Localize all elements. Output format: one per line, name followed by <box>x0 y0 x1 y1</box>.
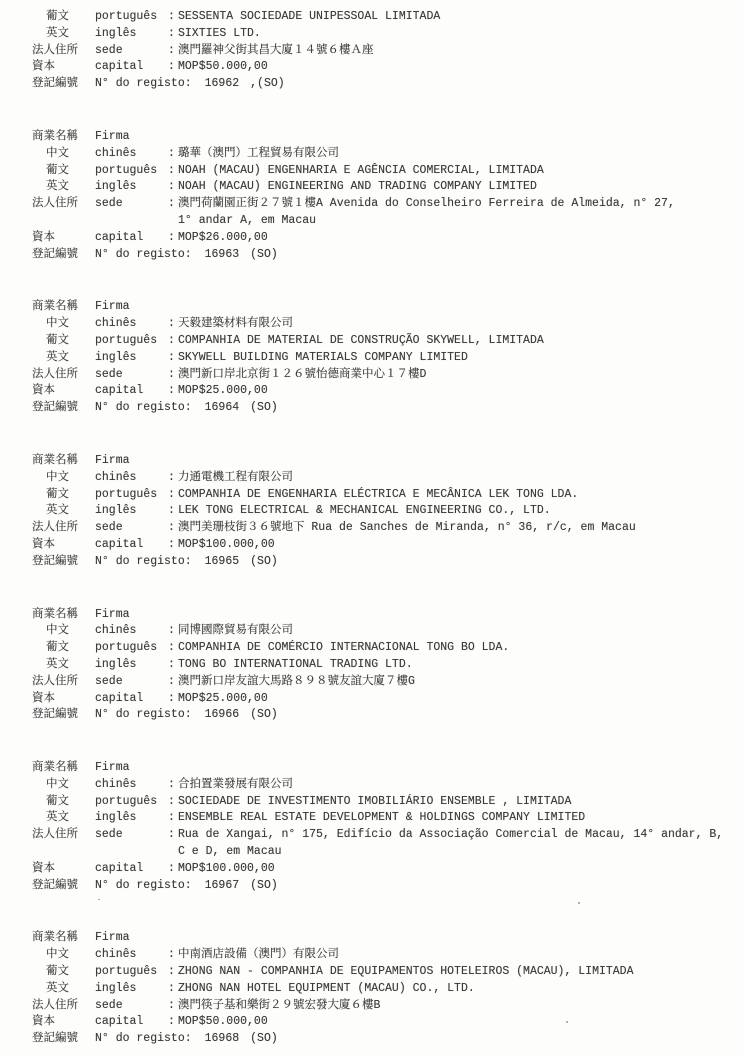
sede-address-value: 澳門美珊枝街３６號地下 Rua de Sanches de Miranda, n… <box>178 520 636 537</box>
registo-label-zh: 登記編號 <box>32 1031 95 1048</box>
registration-number-value: 16968 <box>205 1031 240 1048</box>
portuguese-label-pt: português <box>95 487 168 504</box>
sede-address-value: Rua de Xangai, n° 175, Edifício da Assoc… <box>178 827 723 844</box>
company-registration-entry: 商業名稱 Firma 中文 chinês : 中南酒店設備（澳門）有限公司 葡文… <box>32 930 737 1048</box>
chinese-name-value: 璐華（澳門）工程貿易有限公司 <box>178 146 339 163</box>
sede-continuation-row: 1° andar A, em Macau <box>32 213 737 230</box>
capital-value: MOP$50.000,00 <box>178 1014 268 1031</box>
firma-label-pt: Firma <box>95 607 168 624</box>
colon-separator: : <box>168 810 178 827</box>
registration-signature: ,(SO) <box>250 76 285 93</box>
portuguese-name-row: 葡文 português : ZHONG NAN - COMPANHIA DE … <box>32 964 737 981</box>
colon-separator: : <box>168 367 178 384</box>
firma-label-pt: Firma <box>95 129 168 146</box>
colon-separator: : <box>168 657 178 674</box>
english-label-zh: 英文 <box>32 26 95 43</box>
sede-label-zh: 法人住所 <box>32 998 95 1015</box>
english-name-value: SIXTIES LTD. <box>178 26 261 43</box>
company-registration-entry: 商業名稱 Firma 中文 chinês : 力通電機工程有限公司 葡文 por… <box>32 453 737 571</box>
company-registration-entry: 商業名稱 Firma 中文 chinês : 天毅建築材料有限公司 葡文 por… <box>32 299 737 417</box>
chinese-name-row: 中文 chinês : 合拍置業發展有限公司 <box>32 777 737 794</box>
capital-value: MOP$50.000,00 <box>178 59 268 76</box>
capital-label-pt: capital <box>95 383 168 400</box>
registration-number-row: 登記編號 N° do registo: 16966 (SO) <box>32 707 737 724</box>
sede-address-continuation: 1° andar A, em Macau <box>178 213 316 230</box>
sede-label-pt: sede <box>95 43 168 60</box>
portuguese-name-value: COMPANHIA DE COMÉRCIO INTERNACIONAL TONG… <box>178 640 509 657</box>
english-name-row: 英文 inglês : SIXTIES LTD. <box>32 26 737 43</box>
english-name-value: LEK TONG ELECTRICAL & MECHANICAL ENGINEE… <box>178 503 551 520</box>
sede-label-zh: 法人住所 <box>32 196 95 213</box>
sede-address-value: 澳門荷蘭園正街２７號１樓A Avenida do Conselheiro Fer… <box>178 196 675 213</box>
sede-address-value: 澳門新口岸北京街１２６號怡德商業中心１７樓D <box>178 367 426 384</box>
registration-number-row: 登記編號 N° do registo: 16963 (SO) <box>32 247 737 264</box>
colon-separator: : <box>168 691 178 708</box>
registration-number-row: 登記編號 N° do registo: 16967 (SO) <box>32 878 737 895</box>
english-name-value: SKYWELL BUILDING MATERIALS COMPANY LIMIT… <box>178 350 468 367</box>
colon-separator: : <box>168 640 178 657</box>
firma-label-zh: 商業名稱 <box>32 129 95 146</box>
sede-label-pt: sede <box>95 520 168 537</box>
capital-row: 資本 capital : MOP$100.000,00 <box>32 861 737 878</box>
capital-value: MOP$26.000,00 <box>178 230 268 247</box>
chinese-label-pt: chinês <box>95 623 168 640</box>
colon-separator: : <box>168 43 178 60</box>
chinese-label-pt: chinês <box>95 777 168 794</box>
sede-label-zh: 法人住所 <box>32 367 95 384</box>
capital-label-zh: 資本 <box>32 537 95 554</box>
chinese-name-row: 中文 chinês : 天毅建築材料有限公司 <box>32 316 737 333</box>
colon-separator: : <box>168 26 178 43</box>
sede-row: 法人住所 sede : 澳門荷蘭園正街２７號１樓A Avenida do Con… <box>32 196 737 213</box>
portuguese-label-pt: português <box>95 9 168 26</box>
registo-label-pt: N° do registo: <box>95 707 192 724</box>
capital-label-pt: capital <box>95 691 168 708</box>
registration-number-value: 16966 <box>205 707 240 724</box>
sede-label-pt: sede <box>95 674 168 691</box>
english-label-pt: inglês <box>95 503 168 520</box>
registration-signature: (SO) <box>250 247 278 264</box>
colon-separator: : <box>168 487 178 504</box>
firma-header-row: 商業名稱 Firma <box>32 299 737 316</box>
firma-header-row: 商業名稱 Firma <box>32 760 737 777</box>
chinese-name-value: 同博國際貿易有限公司 <box>178 623 293 640</box>
sede-label-pt: sede <box>95 196 168 213</box>
scan-speck <box>98 899 100 900</box>
chinese-name-row: 中文 chinês : 同博國際貿易有限公司 <box>32 623 737 640</box>
colon-separator: : <box>168 794 178 811</box>
colon-separator: : <box>168 163 178 180</box>
sede-address-value: 澳門新口岸友誼大馬路８９８號友誼大廈７樓G <box>178 674 415 691</box>
firma-label-zh: 商業名稱 <box>32 453 95 470</box>
chinese-label-pt: chinês <box>95 146 168 163</box>
portuguese-label-pt: português <box>95 333 168 350</box>
company-registration-entry: 商業名稱 Firma 中文 chinês : 同博國際貿易有限公司 葡文 por… <box>32 607 737 725</box>
chinese-name-row: 中文 chinês : 中南酒店設備（澳門）有限公司 <box>32 947 737 964</box>
english-name-value: NOAH (MACAU) ENGINEERING AND TRADING COM… <box>178 179 537 196</box>
sede-label-zh: 法人住所 <box>32 43 95 60</box>
firma-label-pt: Firma <box>95 299 168 316</box>
portuguese-label-pt: português <box>95 964 168 981</box>
colon-separator: : <box>168 964 178 981</box>
scan-speck <box>566 1021 568 1023</box>
capital-label-zh: 資本 <box>32 59 95 76</box>
registration-number-row: 登記編號 N° do registo: 16968 (SO) <box>32 1031 737 1048</box>
firma-label-zh: 商業名稱 <box>32 760 95 777</box>
registo-label-zh: 登記編號 <box>32 878 95 895</box>
portuguese-label-zh: 葡文 <box>32 163 95 180</box>
capital-value: MOP$25.000,00 <box>178 383 268 400</box>
colon-separator: : <box>168 9 178 26</box>
chinese-label-zh: 中文 <box>32 777 95 794</box>
registration-signature: (SO) <box>250 707 278 724</box>
english-name-value: TONG BO INTERNATIONAL TRADING LTD. <box>178 657 413 674</box>
registo-label-zh: 登記編號 <box>32 400 95 417</box>
portuguese-name-value: COMPANHIA DE ENGENHARIA ELÉCTRICA E MECÂ… <box>178 487 578 504</box>
chinese-name-value: 力通電機工程有限公司 <box>178 470 293 487</box>
colon-separator: : <box>168 537 178 554</box>
registo-label-pt: N° do registo: <box>95 76 192 93</box>
chinese-name-value: 中南酒店設備（澳門）有限公司 <box>178 947 339 964</box>
english-label-pt: inglês <box>95 657 168 674</box>
english-name-row: 英文 inglês : ZHONG NAN HOTEL EQUIPMENT (M… <box>32 981 737 998</box>
firma-label-pt: Firma <box>95 930 168 947</box>
capital-label-zh: 資本 <box>32 691 95 708</box>
sede-row: 法人住所 sede : Rua de Xangai, n° 175, Edifí… <box>32 827 737 844</box>
sede-address-continuation: C e D, em Macau <box>178 844 282 861</box>
capital-value: MOP$100.000,00 <box>178 861 275 878</box>
capital-label-zh: 資本 <box>32 861 95 878</box>
english-label-zh: 英文 <box>32 503 95 520</box>
chinese-label-zh: 中文 <box>32 947 95 964</box>
capital-label-pt: capital <box>95 1014 168 1031</box>
colon-separator: : <box>168 59 178 76</box>
english-label-zh: 英文 <box>32 810 95 827</box>
colon-separator: : <box>168 998 178 1015</box>
portuguese-name-value: SESSENTA SOCIEDADE UNIPESSOAL LIMITADA <box>178 9 440 26</box>
english-label-pt: inglês <box>95 981 168 998</box>
firma-label-zh: 商業名稱 <box>32 607 95 624</box>
company-registration-entry: 葡文 português : SESSENTA SOCIEDADE UNIPES… <box>32 9 737 93</box>
capital-row: 資本 capital : MOP$25.000,00 <box>32 383 737 400</box>
portuguese-name-value: COMPANHIA DE MATERIAL DE CONSTRUÇÃO SKYW… <box>178 333 544 350</box>
chinese-label-zh: 中文 <box>32 470 95 487</box>
capital-row: 資本 capital : MOP$50.000,00 <box>32 59 737 76</box>
chinese-name-row: 中文 chinês : 璐華（澳門）工程貿易有限公司 <box>32 146 737 163</box>
colon-separator: : <box>168 333 178 350</box>
portuguese-label-zh: 葡文 <box>32 640 95 657</box>
capital-label-pt: capital <box>95 59 168 76</box>
colon-separator: : <box>168 316 178 333</box>
colon-separator: : <box>168 503 178 520</box>
colon-separator: : <box>168 777 178 794</box>
registration-signature: (SO) <box>250 554 278 571</box>
chinese-label-pt: chinês <box>95 470 168 487</box>
chinese-label-zh: 中文 <box>32 623 95 640</box>
registration-number-value: 16965 <box>205 554 240 571</box>
document-body: 葡文 português : SESSENTA SOCIEDADE UNIPES… <box>32 0 737 1048</box>
registo-label-zh: 登記編號 <box>32 707 95 724</box>
sede-label-pt: sede <box>95 367 168 384</box>
colon-separator: : <box>168 520 178 537</box>
sede-label-zh: 法人住所 <box>32 674 95 691</box>
sede-label-pt: sede <box>95 827 168 844</box>
portuguese-name-row: 葡文 português : COMPANHIA DE COMÉRCIO INT… <box>32 640 737 657</box>
capital-row: 資本 capital : MOP$26.000,00 <box>32 230 737 247</box>
capital-row: 資本 capital : MOP$50.000,00 <box>32 1014 737 1031</box>
capital-value: MOP$25.000,00 <box>178 691 268 708</box>
capital-label-zh: 資本 <box>32 230 95 247</box>
capital-label-zh: 資本 <box>32 1014 95 1031</box>
registo-label-pt: N° do registo: <box>95 878 192 895</box>
registration-number-value: 16964 <box>205 400 240 417</box>
english-label-pt: inglês <box>95 26 168 43</box>
colon-separator: : <box>168 196 178 213</box>
colon-separator: : <box>168 827 178 844</box>
chinese-label-zh: 中文 <box>32 146 95 163</box>
registo-label-pt: N° do registo: <box>95 1031 192 1048</box>
portuguese-label-pt: português <box>95 163 168 180</box>
registration-number-row: 登記編號 N° do registo: 16962 ,(SO) <box>32 76 737 93</box>
portuguese-name-row: 葡文 português : COMPANHIA DE ENGENHARIA E… <box>32 487 737 504</box>
colon-separator: : <box>168 623 178 640</box>
sede-continuation-row: C e D, em Macau <box>32 844 737 861</box>
english-name-row: 英文 inglês : SKYWELL BUILDING MATERIALS C… <box>32 350 737 367</box>
firma-label-pt: Firma <box>95 760 168 777</box>
english-label-zh: 英文 <box>32 981 95 998</box>
chinese-label-pt: chinês <box>95 316 168 333</box>
capital-label-pt: capital <box>95 230 168 247</box>
registo-label-zh: 登記編號 <box>32 76 95 93</box>
capital-label-pt: capital <box>95 861 168 878</box>
capital-row: 資本 capital : MOP$25.000,00 <box>32 691 737 708</box>
english-name-row: 英文 inglês : TONG BO INTERNATIONAL TRADIN… <box>32 657 737 674</box>
english-label-zh: 英文 <box>32 350 95 367</box>
company-registration-entry: 商業名稱 Firma 中文 chinês : 合拍置業發展有限公司 葡文 por… <box>32 760 737 894</box>
colon-separator: : <box>168 230 178 247</box>
capital-row: 資本 capital : MOP$100.000,00 <box>32 537 737 554</box>
sede-label-zh: 法人住所 <box>32 827 95 844</box>
firma-header-row: 商業名稱 Firma <box>32 129 737 146</box>
portuguese-label-zh: 葡文 <box>32 794 95 811</box>
scan-speck <box>578 902 580 904</box>
english-name-value: ZHONG NAN HOTEL EQUIPMENT (MACAU) CO., L… <box>178 981 475 998</box>
registration-number-value: 16967 <box>205 878 240 895</box>
sede-address-value: 澳門筷子基和樂街２９號宏發大廈６樓B <box>178 998 380 1015</box>
registo-label-zh: 登記編號 <box>32 247 95 264</box>
portuguese-label-zh: 葡文 <box>32 964 95 981</box>
english-name-row: 英文 inglês : LEK TONG ELECTRICAL & MECHAN… <box>32 503 737 520</box>
registration-signature: (SO) <box>250 400 278 417</box>
portuguese-label-zh: 葡文 <box>32 487 95 504</box>
sede-row: 法人住所 sede : 澳門新口岸北京街１２６號怡德商業中心１７樓D <box>32 367 737 384</box>
chinese-name-value: 天毅建築材料有限公司 <box>178 316 293 333</box>
colon-separator: : <box>168 383 178 400</box>
portuguese-name-value: ZHONG NAN - COMPANHIA DE EQUIPAMENTOS HO… <box>178 964 633 981</box>
sede-row: 法人住所 sede : 澳門美珊枝街３６號地下 Rua de Sanches d… <box>32 520 737 537</box>
colon-separator: : <box>168 470 178 487</box>
portuguese-name-row: 葡文 português : SOCIEDADE DE INVESTIMENTO… <box>32 794 737 811</box>
chinese-label-pt: chinês <box>95 947 168 964</box>
portuguese-name-value: NOAH (MACAU) ENGENHARIA E AGÊNCIA COMERC… <box>178 163 544 180</box>
portuguese-label-zh: 葡文 <box>32 9 95 26</box>
registration-number-value: 16963 <box>205 247 240 264</box>
company-registration-entry: 商業名稱 Firma 中文 chinês : 璐華（澳門）工程貿易有限公司 葡文… <box>32 129 737 263</box>
firma-label-pt: Firma <box>95 453 168 470</box>
portuguese-label-zh: 葡文 <box>32 333 95 350</box>
portuguese-name-row: 葡文 português : SESSENTA SOCIEDADE UNIPES… <box>32 9 737 26</box>
gazette-page: 葡文 português : SESSENTA SOCIEDADE UNIPES… <box>0 0 743 1056</box>
portuguese-label-pt: português <box>95 640 168 657</box>
sede-address-value: 澳門羅神父街其昌大廈１４號６樓Ａ座 <box>178 43 374 60</box>
registo-label-pt: N° do registo: <box>95 400 192 417</box>
colon-separator: : <box>168 861 178 878</box>
colon-separator: : <box>168 947 178 964</box>
english-label-pt: inglês <box>95 810 168 827</box>
portuguese-name-row: 葡文 português : COMPANHIA DE MATERIAL DE … <box>32 333 737 350</box>
portuguese-name-row: 葡文 português : NOAH (MACAU) ENGENHARIA E… <box>32 163 737 180</box>
sede-row: 法人住所 sede : 澳門羅神父街其昌大廈１４號６樓Ａ座 <box>32 43 737 60</box>
chinese-name-row: 中文 chinês : 力通電機工程有限公司 <box>32 470 737 487</box>
english-label-zh: 英文 <box>32 657 95 674</box>
capital-value: MOP$100.000,00 <box>178 537 275 554</box>
english-name-row: 英文 inglês : NOAH (MACAU) ENGINEERING AND… <box>32 179 737 196</box>
portuguese-name-value: SOCIEDADE DE INVESTIMENTO IMOBILIÁRIO EN… <box>178 794 571 811</box>
firma-header-row: 商業名稱 Firma <box>32 930 737 947</box>
chinese-name-value: 合拍置業發展有限公司 <box>178 777 293 794</box>
registration-number-row: 登記編號 N° do registo: 16964 (SO) <box>32 400 737 417</box>
registo-label-zh: 登記編號 <box>32 554 95 571</box>
registration-number-value: 16962 <box>205 76 240 93</box>
english-label-pt: inglês <box>95 179 168 196</box>
colon-separator: : <box>168 674 178 691</box>
colon-separator: : <box>168 146 178 163</box>
firma-header-row: 商業名稱 Firma <box>32 607 737 624</box>
registo-label-pt: N° do registo: <box>95 247 192 264</box>
registo-label-pt: N° do registo: <box>95 554 192 571</box>
sede-row: 法人住所 sede : 澳門筷子基和樂街２９號宏發大廈６樓B <box>32 998 737 1015</box>
capital-label-pt: capital <box>95 537 168 554</box>
colon-separator: : <box>168 1014 178 1031</box>
registration-number-row: 登記編號 N° do registo: 16965 (SO) <box>32 554 737 571</box>
firma-header-row: 商業名稱 Firma <box>32 453 737 470</box>
colon-separator: : <box>168 350 178 367</box>
english-name-row: 英文 inglês : ENSEMBLE REAL ESTATE DEVELOP… <box>32 810 737 827</box>
portuguese-label-pt: português <box>95 794 168 811</box>
sede-label-zh: 法人住所 <box>32 520 95 537</box>
registration-signature: (SO) <box>250 878 278 895</box>
english-label-pt: inglês <box>95 350 168 367</box>
capital-label-zh: 資本 <box>32 383 95 400</box>
sede-row: 法人住所 sede : 澳門新口岸友誼大馬路８９８號友誼大廈７樓G <box>32 674 737 691</box>
registration-signature: (SO) <box>250 1031 278 1048</box>
sede-label-pt: sede <box>95 998 168 1015</box>
colon-separator: : <box>168 981 178 998</box>
english-label-zh: 英文 <box>32 179 95 196</box>
firma-label-zh: 商業名稱 <box>32 299 95 316</box>
chinese-label-zh: 中文 <box>32 316 95 333</box>
colon-separator: : <box>168 179 178 196</box>
english-name-value: ENSEMBLE REAL ESTATE DEVELOPMENT & HOLDI… <box>178 810 585 827</box>
firma-label-zh: 商業名稱 <box>32 930 95 947</box>
